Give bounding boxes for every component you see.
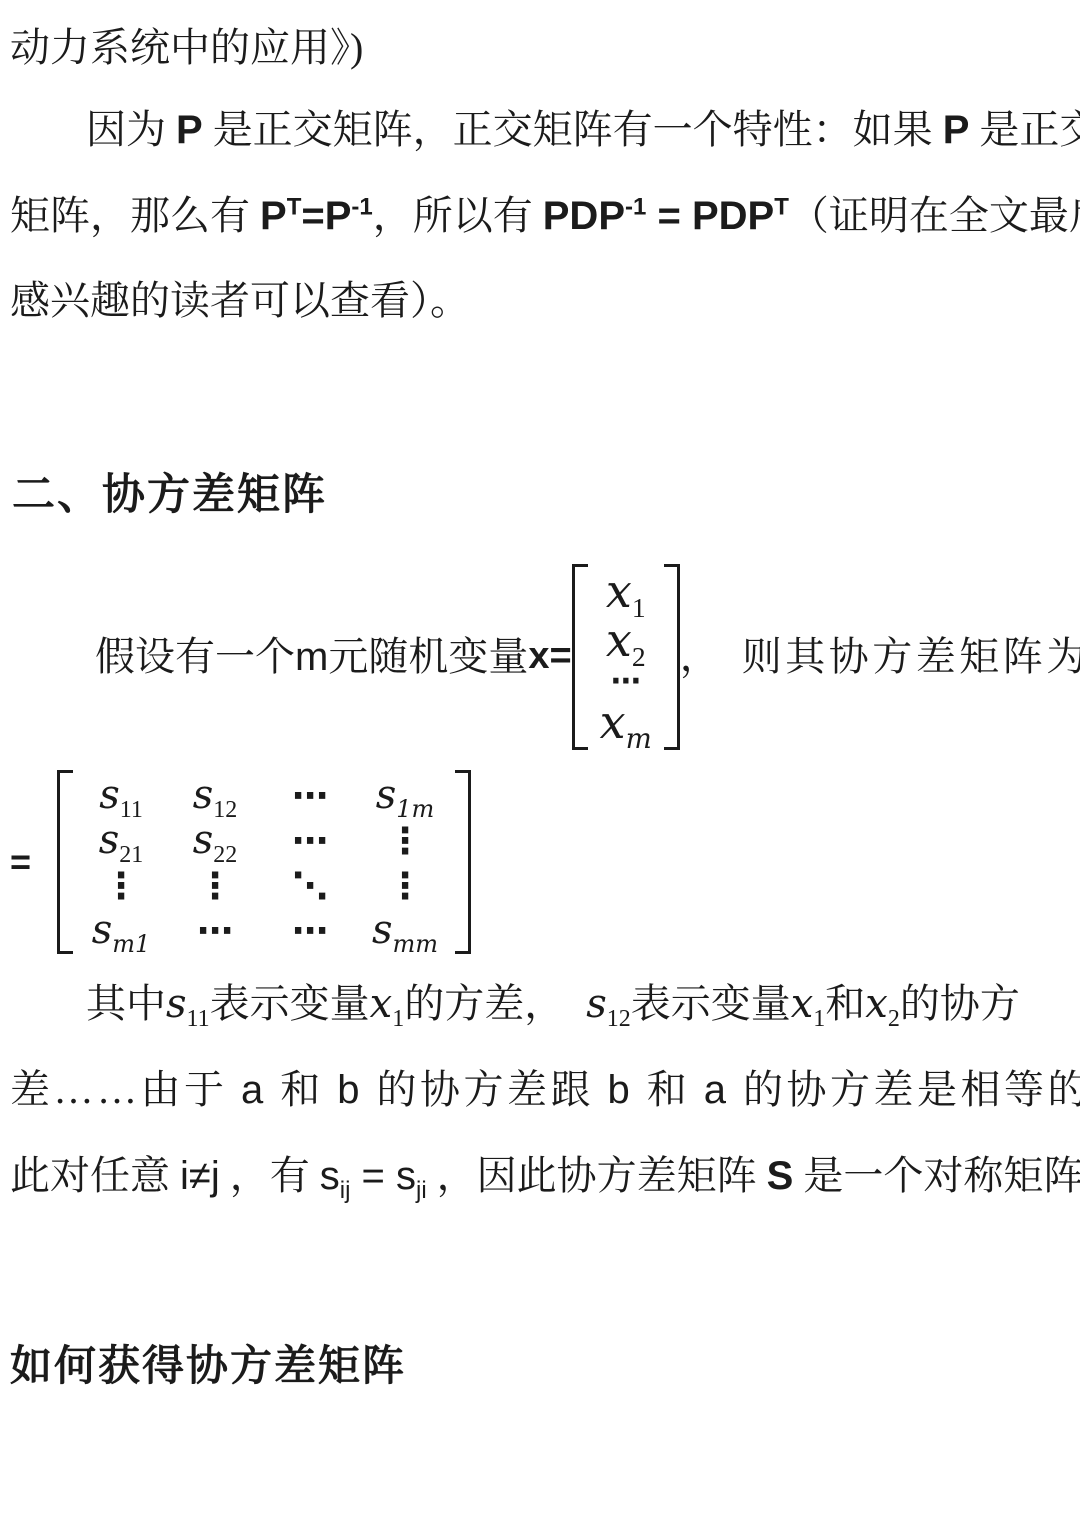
right-bracket <box>455 770 471 954</box>
vector-entry: x1 <box>606 568 646 615</box>
matrix-cell: ⋯ <box>292 906 328 954</box>
matrix-symbol-S: S <box>767 1154 794 1198</box>
text-run: （证明在全文最后， <box>789 193 1080 238</box>
intro-text: 动力系统中的应用》) <box>10 25 363 70</box>
matrix-cell: ⋮ <box>103 861 139 909</box>
text-run: ，因此协方差矩阵 <box>427 1153 767 1198</box>
text-run: 是正交矩阵，正交矩阵有一个特性：如果 <box>203 107 943 152</box>
text-run: 假设有一个 <box>95 633 295 681</box>
x1-symbol: x <box>791 981 814 1027</box>
ellipsis: ⋮ <box>103 866 139 907</box>
variable-b: b <box>608 1068 634 1112</box>
matrix-cell: s1m <box>376 771 435 819</box>
covariance-matrix: s11 s12 ⋯ s1m s21 s22 ⋯ ⋮ ⋮ ⋮ ⋱ ⋮ sm1 ⋯ … <box>57 770 471 954</box>
text-run: 此对任意 <box>10 1153 180 1198</box>
text-run: ，有 <box>220 1153 320 1198</box>
text-run: 是一个对称矩阵。 <box>793 1153 1080 1198</box>
s-symbol: s <box>372 907 393 953</box>
matrix-symbol-P: P <box>176 108 203 152</box>
paragraph-orthogonal-line2: 矩阵，那么有 PT=P-1，所以有 PDP-1 = PDPT（证明在全文最后， <box>10 192 1080 240</box>
s12-symbol: s <box>586 981 607 1027</box>
inverse-superscript: -1 <box>625 194 646 221</box>
subscript: 11 <box>187 1006 210 1032</box>
matrix-cell: ⋮ <box>387 816 423 864</box>
subscript: 1 <box>813 1006 825 1032</box>
text-run: 其中 <box>86 981 166 1026</box>
vector-symbol-x: x <box>528 634 549 680</box>
sij-symbol: s <box>320 1154 340 1198</box>
matrix-cell: ⋯ <box>197 906 233 954</box>
left-bracket <box>572 564 588 750</box>
ellipsis: ⋯ <box>292 776 328 817</box>
section-heading-covariance: 二、协方差矩阵 <box>12 470 327 522</box>
subscript: ij <box>340 1177 351 1204</box>
entry-xm: x <box>600 695 626 749</box>
subscript: 12 <box>607 1006 631 1032</box>
text-run: 和 <box>633 1067 704 1112</box>
variable-a: a <box>704 1068 730 1112</box>
entry-x2: x <box>606 613 632 667</box>
intro-line: 动力系统中的应用》) <box>10 24 363 72</box>
matrix-cell: sm1 <box>92 906 151 954</box>
x1-symbol: x <box>370 981 393 1027</box>
text-run: ，所以有 <box>373 193 543 238</box>
paragraph-entries-line3: 此对任意 i≠j ，有 sij = sji ，因此协方差矩阵 S 是一个对称矩阵… <box>10 1152 1080 1200</box>
text-run: 的方差， <box>404 981 564 1026</box>
subscript: m1 <box>112 930 150 958</box>
text-run: 和 <box>267 1067 338 1112</box>
s11-symbol: s <box>166 981 187 1027</box>
matrix-cell: ⋯ <box>292 771 328 819</box>
text-run: 则其协方差矩阵为 <box>742 633 1080 681</box>
diagonal-ellipsis: ⋱ <box>292 866 328 907</box>
text-run: 的协方 <box>900 981 1020 1026</box>
equals-sign: = <box>549 634 571 680</box>
s-symbol: s <box>99 772 120 818</box>
equals-sign: = <box>350 1154 396 1198</box>
subscript: 2 <box>888 1006 900 1032</box>
matrix-cell: s21 <box>99 816 144 864</box>
paragraph-entries-line2: 差……由于 a 和 b 的协方差跟 b 和 a 的协方差是相等的，因 <box>10 1066 1080 1114</box>
variable-b: b <box>337 1068 363 1112</box>
matrix-cell: smm <box>372 906 438 954</box>
s-symbol: s <box>193 772 214 818</box>
text-run: 的协方差跟 <box>363 1067 608 1112</box>
subscript: ji <box>416 1177 427 1204</box>
ellipsis: ⋮ <box>387 821 423 862</box>
variable-a: a <box>241 1068 267 1112</box>
paragraph-random-variable: 假设有一个 m 元随机变量 x= x1 x2 ⋯ xm ，则其协方差矩阵为 S <box>95 552 1080 762</box>
comma: ， <box>680 633 720 681</box>
subscript: mm <box>393 930 439 958</box>
s-symbol: s <box>92 907 113 953</box>
left-bracket <box>57 770 73 954</box>
matrix-cell: ⋯ <box>292 816 328 864</box>
text-run: 因为 <box>86 107 176 152</box>
text-run: 表示变量 <box>631 981 791 1026</box>
equals-sign: = <box>10 840 31 883</box>
vector-entries: x1 x2 ⋯ xm <box>588 564 664 750</box>
paragraph-entries-line1: 其中s11表示变量x1的方差，s12表示变量x1和x2的协方 <box>86 980 1020 1028</box>
heading-text: 如何获得协方差矩阵 <box>10 1344 406 1390</box>
transpose-superscript: T <box>287 194 302 221</box>
ellipsis: ⋮ <box>387 866 423 907</box>
matrix-expression-PDP: PDP <box>543 194 625 238</box>
text-run: 感兴趣的读者可以查看）。 <box>10 278 470 323</box>
paragraph-orthogonal-line1: 因为 P 是正交矩阵，正交矩阵有一个特性：如果 P 是正交 <box>86 106 1080 154</box>
matrix-cell: ⋮ <box>387 861 423 909</box>
s-symbol: s <box>376 772 397 818</box>
text-run: 矩阵，那么有 <box>10 193 260 238</box>
text-run: 表示变量 <box>210 981 370 1026</box>
document-page: 动力系统中的应用》) 因为 P 是正交矩阵，正交矩阵有一个特性：如果 P 是正交… <box>0 0 1080 1527</box>
heading-text: 二、协方差矩阵 <box>12 472 327 519</box>
matrix-cells: s11 s12 ⋯ s1m s21 s22 ⋯ ⋮ ⋮ ⋮ ⋱ ⋮ sm1 ⋯ … <box>73 770 455 954</box>
matrix-symbol-P: P <box>943 108 970 152</box>
sji-symbol: s <box>396 1154 416 1198</box>
right-bracket <box>664 564 680 750</box>
matrix-expression-PDP: PDP <box>692 194 774 238</box>
paragraph-orthogonal-line3: 感兴趣的读者可以查看）。 <box>10 277 470 325</box>
s-symbol: s <box>99 817 120 863</box>
matrix-cell: s22 <box>193 816 238 864</box>
text-run: 和 <box>825 981 865 1026</box>
ellipsis: ⋯ <box>292 911 328 952</box>
matrix-cell: ⋮ <box>197 861 233 909</box>
ellipsis: ⋯ <box>292 821 328 862</box>
inverse-superscript: -1 <box>351 194 372 221</box>
equals-sign: = <box>301 194 324 238</box>
ellipsis: ⋯ <box>197 911 233 952</box>
vector-entry: x2 <box>606 617 646 664</box>
matrix-cell: s12 <box>193 771 238 819</box>
text-run: 元随机变量 <box>328 633 528 681</box>
text-run: 的协方差是相等的，因 <box>730 1067 1080 1112</box>
ellipsis: ⋮ <box>197 866 233 907</box>
matrix-cell: s11 <box>99 771 143 819</box>
matrix-symbol-P: P <box>325 194 352 238</box>
equals-sign: = <box>646 194 692 238</box>
text-run: 差……由于 <box>10 1067 241 1112</box>
matrix-cell: ⋱ <box>292 861 328 909</box>
vertical-ellipsis: ⋯ <box>611 667 641 697</box>
vector-entry: xm <box>600 699 652 746</box>
s-symbol: s <box>193 817 214 863</box>
i-neq-j-expression: i≠j <box>180 1154 220 1198</box>
subscript: 1 <box>392 1006 404 1032</box>
variable-m: m <box>295 633 328 681</box>
matrix-symbol-P: P <box>260 194 287 238</box>
entry-x1: x <box>606 564 632 618</box>
x2-symbol: x <box>865 981 888 1027</box>
section-heading-how-to-obtain: 如何获得协方差矩阵 <box>10 1342 406 1392</box>
x-vector: x1 x2 ⋯ xm <box>572 564 680 750</box>
subscript-m: m <box>626 722 652 755</box>
transpose-superscript: T <box>774 194 789 221</box>
text-run: 是正交 <box>969 107 1080 152</box>
covariance-matrix-equation: = s11 s12 ⋯ s1m s21 s22 ⋯ ⋮ ⋮ ⋮ ⋱ ⋮ sm1 … <box>10 766 471 958</box>
